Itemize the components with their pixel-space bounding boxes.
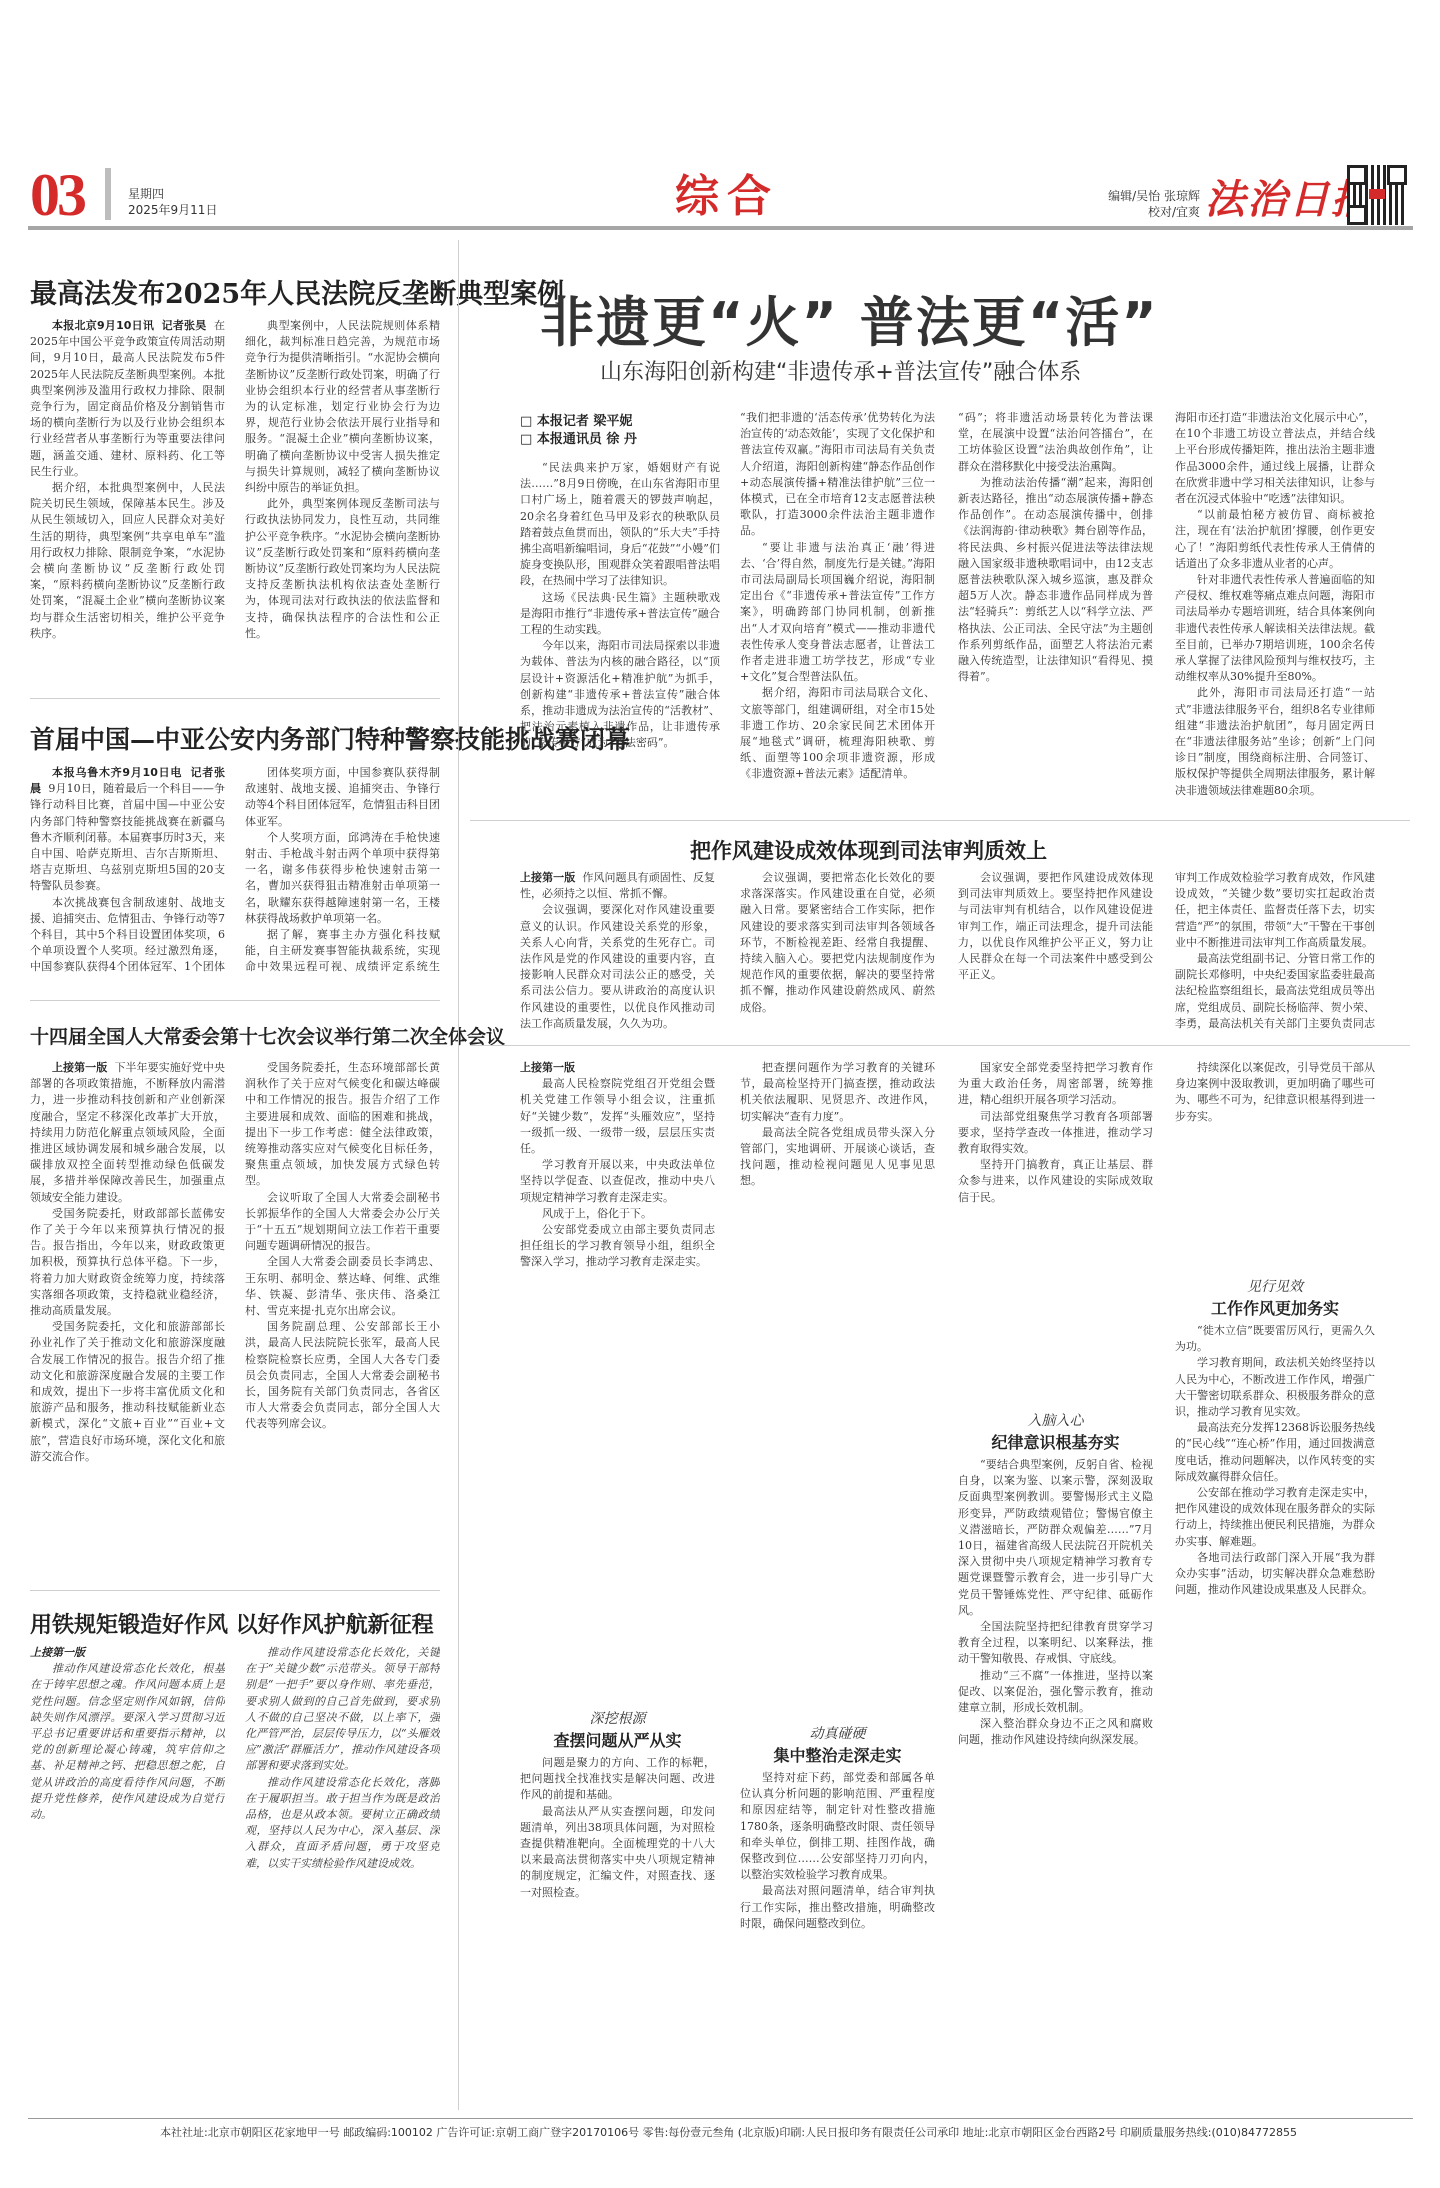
qr-code-icon[interactable] [1347,165,1407,225]
lower-col-2: 把查摆问题作为学习教育的关键环节，最高检坚持开门搞查摆，推动政法机关依法履职、见… [740,1060,935,1710]
page-number-divider [105,168,111,220]
npc-col-2: 受国务院委托，生态环境部部长黄润秋作了关于应对气候变化和碳达峰碳中和工作情况的报… [245,1060,440,1540]
judicial-col-1: 上接第一版 作风问题具有顽固性、反复性，必须持之以恒、常抓不懈。 会议强调，要深… [520,870,715,1030]
lower-col-3b: “要结合典型案例，反躬自省、检视自身，以案为鉴、以案示警，深刻汲取反面典型案例教… [958,1457,1153,2107]
editors-line: 编辑/吴怡 张琼辉 [1050,188,1200,204]
feature-bylines: □ 本报记者 梁平妮 □ 本报通讯员 徐 丹 [520,413,637,449]
proofreader-line: 校对/宜爽 [1050,204,1200,220]
lower-col-3: 国家安全部党委坚持把学习教育作为重大政治任务，周密部署，统筹推进，精心组织开展各… [958,1060,1153,1405]
judicial-col-3: 会议强调，要把作风建设成效体现到司法审判质效上。要坚持把作风建设与司法审判有机结… [958,870,1153,1030]
weekday: 星期四 [128,186,217,202]
subsection-heading: 集中整治走深走实 [740,1743,935,1766]
feature-headline: 非遗更“火” 普法更“活” [540,280,1159,357]
header-rule [28,226,1413,230]
judicial-col-2: 会议强调，要把常态化长效化的要求落深落实。作风建设重在自觉，必须融入日常。要紧密… [740,870,935,1030]
headline-antimonopoly: 最高法发布2025年人民法院反垄断典型案例 [30,272,564,311]
headline-npc: 十四届全国人大常委会第十七次会议举行第二次全体会议 [30,1022,505,1049]
feature-col-1: “民法典来护万家，婚姻财产有说法……”8月9日傍晚，在山东省海阳市里口村广场上，… [520,460,720,810]
headline-judicial: 把作风建设成效体现到司法审判质效上 [690,835,1047,865]
footer-imprint: 本社社址:北京市朝阳区花家地甲一号 邮政编码:100102 广告许可证:京朝工商… [160,2124,1280,2140]
editors-credit: 编辑/吴怡 张琼辉 校对/宜爽 [1050,188,1200,220]
subsection-heading: 查摆问题从严从实 [520,1728,715,1751]
subsection-kicker: 动真碰硬 [740,1723,935,1743]
reporter: 记者张昊 [162,319,207,332]
lower-col-1b: 问题是聚力的方向、工作的标靶，把问题找全找准找实是解决问题、改进作风的前提和基础… [520,1755,715,2105]
lower-col-2b: 坚持对症下药，部党委和部属各单位认真分析问题的影响范围、严重程度和原因症结等，制… [740,1770,935,2110]
subsection-heading: 纪律意识根基夯实 [958,1430,1153,1453]
feature-col-2: “我们把非遗的‘活态传承’优势转化为法治宣传的‘动态效能’，实现了文化保护和普法… [740,410,935,810]
page-number: 03 [30,165,84,225]
npc-col-1: 上接第一版 下半年要实施好党中央部署的各项政策措施，不断释放内需潜力，进一步推动… [30,1060,225,1540]
style-col-1: 上接第一版 推动作风建设常态化长效化，根基在于铸牢思想之魂。作风问题本质上是党性… [30,1645,225,2110]
antimonopoly-col-1: 本报北京9月10日讯 记者张昊 在2025年中国公平竞争政策宣传周活动期间，9月… [30,318,225,678]
subsection-kicker: 见行见效 [1175,1276,1375,1296]
lower-col-1: 上接第一版 最高人民检察院党组召开党组会暨机关党建工作领导小组会议，注重抓好“关… [520,1060,715,1700]
date: 2025年9月11日 [128,202,217,218]
style-col-2: 推动作风建设常态化长效化，关键在于“关键少数”示范带头。领导干部特别是“一把手”… [245,1645,440,2110]
section-title: 综合 [675,160,779,224]
feature-col-3: “码”；将非遗活动场景转化为普法课堂，在展演中设置“法治问答擂台”，在工坊体验区… [958,410,1153,810]
subsection-kicker: 入脑入心 [958,1410,1153,1430]
feature-subheadline: 山东海阳创新构建“非遗传承+普法宣传”融合体系 [600,355,1081,386]
police-col-2: 团体奖项方面，中国参赛队获得制敌速射、战地支援、追捕突击、争锋行动等4个科目团体… [245,765,440,975]
dateline: 本报北京9月10日讯 [52,319,154,332]
feature-col-4: 海阳市还打造“非遗法治文化展示中心”，在10个非遗工坊设立普法点，并结合线上平台… [1175,410,1375,810]
headline-style: 用铁规矩锻造好作风 以好作风护航新征程 [30,1608,434,1639]
antimonopoly-col-2: 典型案例中，人民法院规则体系精细化，裁判标准日趋完善，为规范市场竞争行为提供清晰… [245,318,440,678]
judicial-col-4: 审判工作成效检验学习教育成效，作风建设成效，“关键少数”要切实扛起政治责任，把主… [1175,870,1375,1030]
issue-date: 星期四 2025年9月11日 [128,186,217,218]
lower-col-4b: “徙木立信”既要雷厉风行，更需久久为功。 学习教育期间，政法机关始终坚持以人民为… [1175,1323,1375,2108]
police-col-1: 本报乌鲁木齐9月10日电 记者张晨 9月10日，随着最后一个科目——争锋行动科目… [30,765,225,975]
subsection-heading: 工作作风更加务实 [1175,1296,1375,1319]
lower-col-4: 持续深化以案促改，引导党员干部从身边案例中汲取教训，更加明确了哪些可为、哪些不可… [1175,1060,1375,1265]
subsection-kicker: 深挖根源 [520,1708,715,1728]
